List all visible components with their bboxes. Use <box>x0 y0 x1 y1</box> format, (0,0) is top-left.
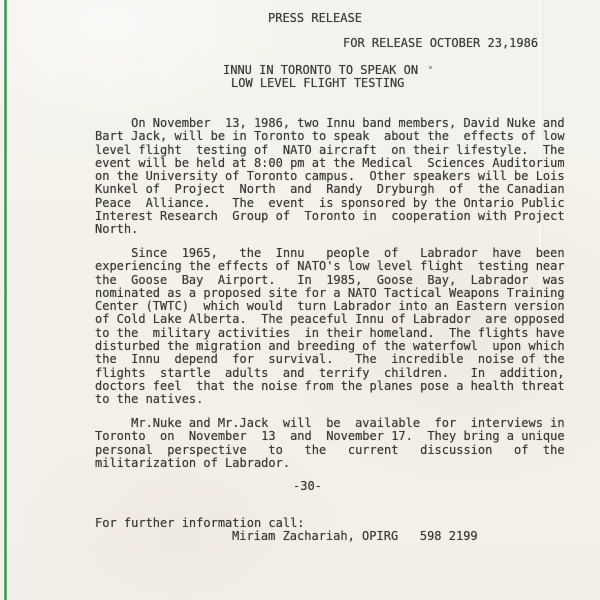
paragraph-1: On November 13, 1986, two Innu band memb… <box>95 117 565 237</box>
paper-margin-line <box>4 0 7 600</box>
stray-mark <box>429 66 432 69</box>
press-release-page: PRESS RELEASE FOR RELEASE OCTOBER 23,198… <box>0 0 600 600</box>
end-mark: -30- <box>293 480 322 493</box>
document-title-line2: LOW LEVEL FLIGHT TESTING <box>231 77 404 90</box>
paragraph-2: Since 1965, the Innu people of Labrador … <box>95 247 565 407</box>
release-date-line: FOR RELEASE OCTOBER 23,1986 <box>343 37 538 50</box>
press-release-heading: PRESS RELEASE <box>268 12 362 25</box>
contact-details-line: Miriam Zachariah, OPIRG 598 2199 <box>232 530 478 543</box>
paragraph-3: Mr.Nuke and Mr.Jack will be available fo… <box>95 417 565 470</box>
